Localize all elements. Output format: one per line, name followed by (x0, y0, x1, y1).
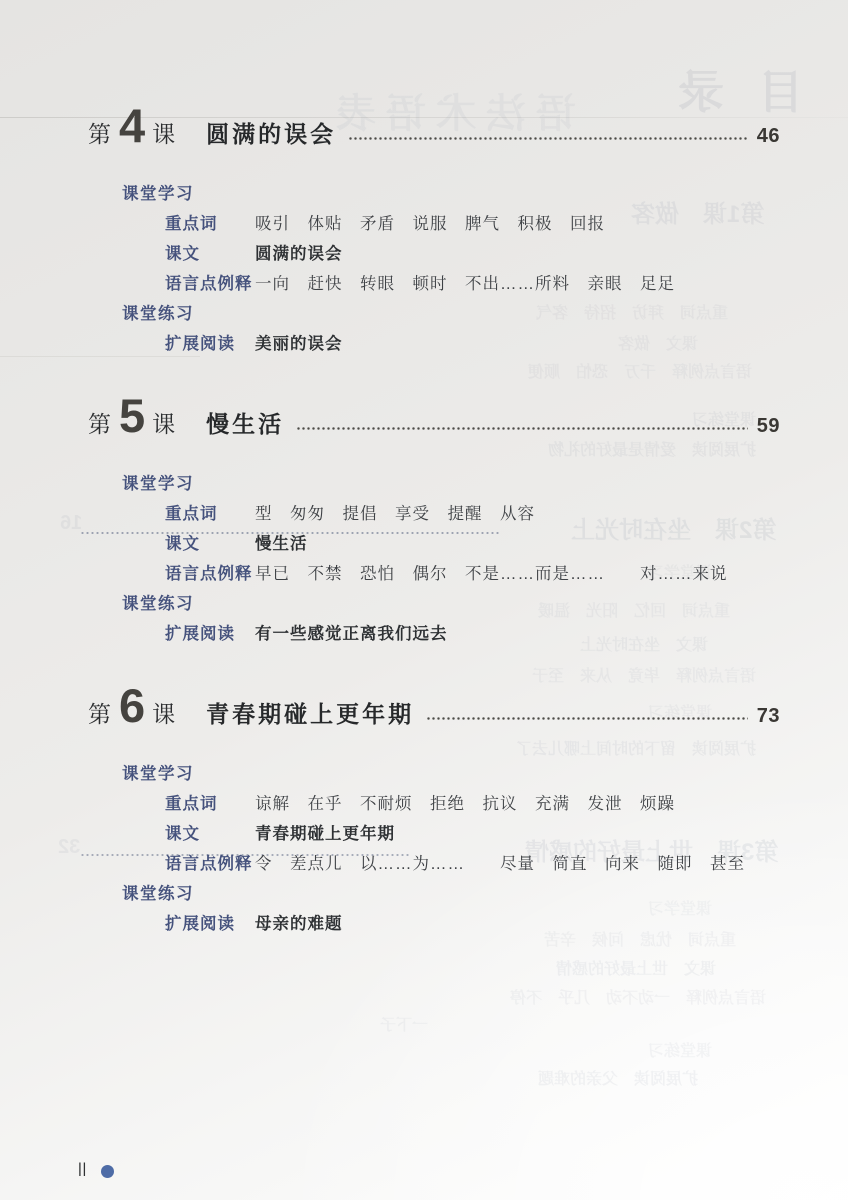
toc-entry-lesson-4: 第 4 课 圆满的误会 46 课堂学习 重点词 吸引 体贴 矛盾 说服 脾气 积… (88, 102, 780, 359)
text-row: 课文 青春期碰上更年期 (165, 819, 780, 849)
lesson-prefix: 第 (88, 696, 112, 729)
text-row: 课文 慢生活 (165, 529, 780, 559)
lesson-page-number: 73 (757, 705, 780, 728)
bleedthrough-text: 32 (58, 836, 80, 859)
bleedthrough-text: 课文 世上最好的感情 (556, 956, 716, 979)
lesson-heading: 第 4 课 圆满的误会 46 (88, 102, 780, 149)
bleedthrough-text: 一下子 (380, 1012, 428, 1035)
footer-page-marker: II (78, 1160, 114, 1182)
language-points-label: 语言点例释 (165, 269, 255, 299)
language-points-label: 语言点例释 (165, 849, 255, 879)
dotted-leader (296, 427, 748, 430)
lesson-page-number: 59 (757, 415, 780, 438)
text-label: 课文 (165, 819, 255, 849)
lesson-suffix: 课 (152, 406, 176, 439)
text-title: 青春期碰上更年期 (255, 819, 395, 849)
extended-reading-row: 扩展阅读 有一些感觉正离我们远去 (165, 619, 780, 649)
dotted-leader (426, 717, 748, 720)
language-points-list: 早已 不禁 恐怕 偶尔 不是……而是…… 对……来说 (255, 559, 728, 589)
practice-section-label: 课堂练习 (122, 879, 780, 909)
toc-entry-lesson-5: 第 5 课 慢生活 59 课堂学习 重点词 型 匆匆 提倡 享受 提醒 从容 课… (88, 392, 780, 649)
lesson-title: 青春期碰上更年期 (206, 696, 414, 729)
lesson-title: 慢生活 (206, 406, 284, 439)
practice-section-label: 课堂练习 (122, 589, 780, 619)
lesson-number: 6 (119, 682, 145, 729)
lesson-number: 4 (119, 102, 145, 149)
lesson-number: 5 (119, 392, 145, 439)
book-toc-page: 目录 语法术语表 第1课 做客 重点词 拜访 招待 客气 课文 做客 语言点例释… (0, 0, 848, 1200)
bleedthrough-text: 语言点例释 一动不动 几乎 不停 (510, 985, 766, 1008)
language-points-label: 语言点例释 (165, 559, 255, 589)
roman-page-numeral: II (78, 1160, 87, 1182)
lesson-body: 课堂学习 重点词 谅解 在乎 不耐烦 拒绝 抗议 充满 发泄 烦躁 课文 青春期… (88, 759, 780, 939)
language-points-row: 语言点例释 一向 赶快 转眼 顿时 不出……所料 亲眼 足足 (165, 269, 780, 299)
extended-reading-label: 扩展阅读 (165, 619, 255, 649)
extended-reading-row: 扩展阅读 母亲的难题 (165, 909, 780, 939)
study-section-label: 课堂学习 (122, 469, 780, 499)
keywords-label: 重点词 (165, 789, 255, 819)
language-points-list: 一向 赶快 转眼 顿时 不出……所料 亲眼 足足 (255, 269, 675, 299)
language-points-list: 令 差点儿 以……为…… 尽量 简直 向来 随即 甚至 (255, 849, 745, 879)
text-title: 圆满的误会 (255, 239, 343, 269)
lesson-prefix: 第 (88, 406, 112, 439)
keywords-row: 重点词 型 匆匆 提倡 享受 提醒 从容 (165, 499, 780, 529)
footer-dot-icon (101, 1165, 114, 1178)
keywords-list: 型 匆匆 提倡 享受 提醒 从容 (255, 499, 535, 529)
text-label: 课文 (165, 529, 255, 559)
text-row: 课文 圆满的误会 (165, 239, 780, 269)
lesson-title: 圆满的误会 (206, 116, 336, 149)
toc-entry-lesson-6: 第 6 课 青春期碰上更年期 73 课堂学习 重点词 谅解 在乎 不耐烦 拒绝 … (88, 682, 780, 939)
extended-reading-title: 母亲的难题 (255, 909, 343, 939)
keywords-row: 重点词 吸引 体贴 矛盾 说服 脾气 积极 回报 (165, 209, 780, 239)
extended-reading-title: 有一些感觉正离我们远去 (255, 619, 448, 649)
bleedthrough-text: 16 (60, 512, 82, 535)
bleedthrough-text: 语言点例释 千万 恐怕 顺便 (528, 359, 752, 382)
extended-reading-label: 扩展阅读 (165, 909, 255, 939)
keywords-list: 吸引 体贴 矛盾 说服 脾气 积极 回报 (255, 209, 605, 239)
extended-reading-row: 扩展阅读 美丽的误会 (165, 329, 780, 359)
bleedthrough-text: 扩展阅读 父亲的难题 (538, 1066, 698, 1089)
text-label: 课文 (165, 239, 255, 269)
lesson-heading: 第 6 课 青春期碰上更年期 73 (88, 682, 780, 729)
lesson-suffix: 课 (152, 696, 176, 729)
keywords-row: 重点词 谅解 在乎 不耐烦 拒绝 抗议 充满 发泄 烦躁 (165, 789, 780, 819)
text-title: 慢生活 (255, 529, 308, 559)
lesson-page-number: 46 (757, 125, 780, 148)
study-section-label: 课堂学习 (122, 179, 780, 209)
language-points-row: 语言点例释 早已 不禁 恐怕 偶尔 不是……而是…… 对……来说 (165, 559, 780, 589)
lesson-body: 课堂学习 重点词 吸引 体贴 矛盾 说服 脾气 积极 回报 课文 圆满的误会 语… (88, 179, 780, 359)
dotted-leader (348, 137, 748, 140)
practice-section-label: 课堂练习 (122, 299, 780, 329)
extended-reading-label: 扩展阅读 (165, 329, 255, 359)
keywords-list: 谅解 在乎 不耐烦 拒绝 抗议 充满 发泄 烦躁 (255, 789, 675, 819)
study-section-label: 课堂学习 (122, 759, 780, 789)
lesson-heading: 第 5 课 慢生活 59 (88, 392, 780, 439)
language-points-row: 语言点例释 令 差点儿 以……为…… 尽量 简直 向来 随即 甚至 (165, 849, 780, 879)
extended-reading-title: 美丽的误会 (255, 329, 343, 359)
bleedthrough-text: 课堂练习 (648, 1038, 712, 1061)
lesson-body: 课堂学习 重点词 型 匆匆 提倡 享受 提醒 从容 课文 慢生活 语言点例释 早… (88, 469, 780, 649)
keywords-label: 重点词 (165, 499, 255, 529)
keywords-label: 重点词 (165, 209, 255, 239)
lesson-suffix: 课 (152, 116, 176, 149)
lesson-prefix: 第 (88, 116, 112, 149)
